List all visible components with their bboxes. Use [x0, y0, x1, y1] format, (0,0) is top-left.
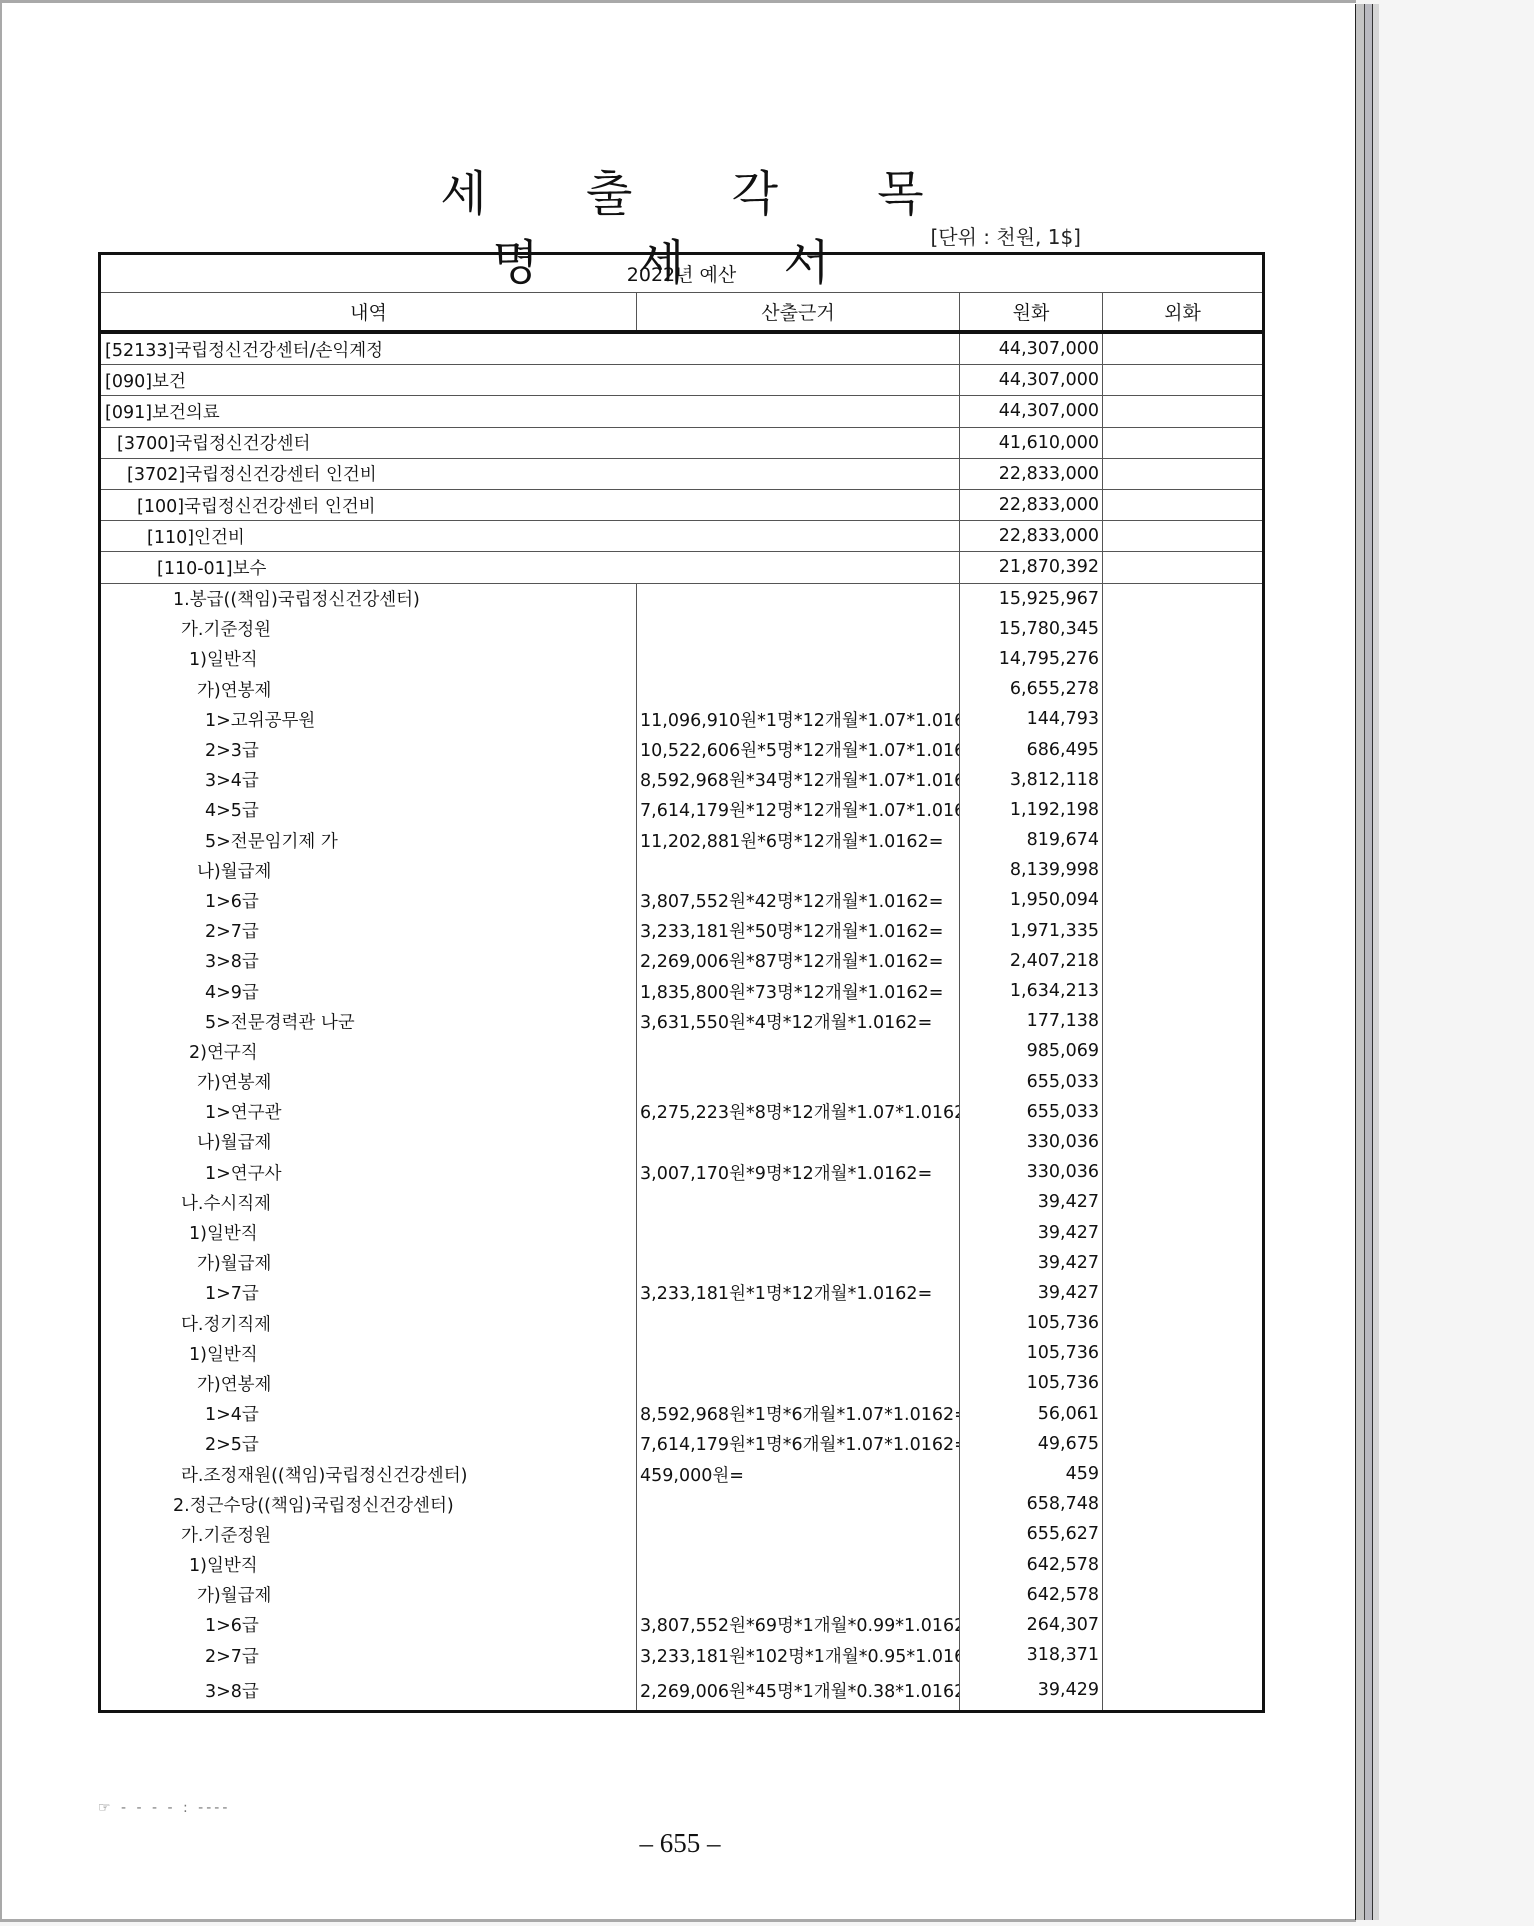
row-description: 라.조정재원((책임)국립정신건강센터) [100, 1459, 637, 1489]
row-basis: 3,233,181원*1명*12개월*1.0162= [637, 1278, 960, 1308]
table-row: 나.수시직제39,427 [100, 1187, 1264, 1217]
row-krw-amount: 642,578 [960, 1580, 1103, 1610]
row-krw-amount: 264,307 [960, 1610, 1103, 1640]
row-description: 1>연구관 [100, 1097, 637, 1127]
table-row: 1>4급8,592,968원*1명*6개월*1.07*1.0162=56,061 [100, 1399, 1264, 1429]
row-foreign-amount [1103, 704, 1264, 734]
row-basis: 1,835,800원*73명*12개월*1.0162= [637, 976, 960, 1006]
row-basis [637, 1067, 960, 1097]
row-description: 다.정기직제 [100, 1308, 637, 1338]
row-description: 1.봉급((책임)국립정신건강센터) [100, 583, 637, 614]
row-krw-amount: 44,307,000 [960, 365, 1103, 396]
row-foreign-amount [1103, 458, 1264, 489]
page-stack-edge [1372, 4, 1379, 1920]
row-foreign-amount [1103, 885, 1264, 915]
row-foreign-amount [1103, 1127, 1264, 1157]
row-foreign-amount [1103, 1067, 1264, 1097]
table-row: 3>4급8,592,968원*34명*12개월*1.07*1.0162=3,81… [100, 765, 1264, 795]
row-foreign-amount [1103, 427, 1264, 458]
row-krw-amount: 22,833,000 [960, 521, 1103, 552]
row-basis [637, 1187, 960, 1217]
row-description: 1>4급 [100, 1399, 637, 1429]
row-krw-amount: 658,748 [960, 1489, 1103, 1519]
row-krw-amount: 1,971,335 [960, 916, 1103, 946]
row-description: 가)월급제 [100, 1248, 637, 1278]
table-row: 가)연봉제6,655,278 [100, 674, 1264, 704]
row-krw-amount: 686,495 [960, 734, 1103, 764]
table-row: 2.정근수당((책임)국립정신건강센터)658,748 [100, 1489, 1264, 1519]
column-header-basis: 산출근거 [637, 293, 960, 333]
row-foreign-amount [1103, 825, 1264, 855]
row-basis: 3,233,181원*50명*12개월*1.0162= [637, 916, 960, 946]
row-krw-amount: 6,655,278 [960, 674, 1103, 704]
table-row: 1)일반직39,427 [100, 1217, 1264, 1247]
row-foreign-amount [1103, 1217, 1264, 1247]
row-description: 1>7급 [100, 1278, 637, 1308]
row-description: 1>6급 [100, 1610, 637, 1640]
row-description: 가)월급제 [100, 1580, 637, 1610]
table-row: 가)연봉제655,033 [100, 1067, 1264, 1097]
row-foreign-amount [1103, 1278, 1264, 1308]
row-description: [110]인건비 [100, 521, 960, 552]
row-description: [52133]국립정신건강센터/손익계정 [100, 332, 960, 365]
table-row: 1)일반직105,736 [100, 1338, 1264, 1368]
row-krw-amount: 39,427 [960, 1217, 1103, 1247]
row-basis: 2,269,006원*45명*1개월*0.38*1.0162= [637, 1670, 960, 1712]
row-basis [637, 1127, 960, 1157]
row-description: 3>8급 [100, 946, 637, 976]
row-foreign-amount [1103, 332, 1264, 365]
table-row: [110-01]보수21,870,392 [100, 552, 1264, 583]
table-row: 5>전문경력관 나군3,631,550원*4명*12개월*1.0162=177,… [100, 1006, 1264, 1036]
budget-table: 2022년 예산 내역 산출근거 원화 외화 [52133]국립정신건강센터/손… [98, 252, 1265, 1713]
row-basis: 3,631,550원*4명*12개월*1.0162= [637, 1006, 960, 1036]
table-row: [100]국립정신건강센터 인건비22,833,000 [100, 489, 1264, 520]
row-foreign-amount [1103, 1429, 1264, 1459]
row-basis: 2,269,006원*87명*12개월*1.0162= [637, 946, 960, 976]
row-description: 가.기준정원 [100, 614, 637, 644]
document-page: 세 출 각 목 명 세 서 [단위 : 천원, 1$] 2022년 예산 내역 … [0, 0, 1356, 1922]
row-krw-amount: 22,833,000 [960, 458, 1103, 489]
row-foreign-amount [1103, 855, 1264, 885]
row-description: [3700]국립정신건강센터 [100, 427, 960, 458]
row-krw-amount: 819,674 [960, 825, 1103, 855]
table-row: 나)월급제330,036 [100, 1127, 1264, 1157]
row-basis: 7,614,179원*12명*12개월*1.07*1.0162= [637, 795, 960, 825]
row-foreign-amount [1103, 365, 1264, 396]
row-foreign-amount [1103, 521, 1264, 552]
row-description: 가)연봉제 [100, 674, 637, 704]
row-basis [637, 1036, 960, 1066]
row-description: 2>3급 [100, 734, 637, 764]
row-krw-amount: 21,870,392 [960, 552, 1103, 583]
table-row: 1>고위공무원11,096,910원*1명*12개월*1.07*1.0162=1… [100, 704, 1264, 734]
footer-note: ☞ - - - - : ---- [98, 1800, 230, 1816]
row-description: 2)연구직 [100, 1036, 637, 1066]
table-row: 3>8급2,269,006원*45명*1개월*0.38*1.0162=39,42… [100, 1670, 1264, 1712]
row-basis: 459,000원= [637, 1459, 960, 1489]
row-krw-amount: 2,407,218 [960, 946, 1103, 976]
row-description: 2>5급 [100, 1429, 637, 1459]
row-description: [091]보건의료 [100, 396, 960, 427]
row-foreign-amount [1103, 1248, 1264, 1278]
row-description: 가.기준정원 [100, 1519, 637, 1549]
row-foreign-amount [1103, 1580, 1264, 1610]
row-krw-amount: 1,634,213 [960, 976, 1103, 1006]
row-description: 1>연구사 [100, 1157, 637, 1187]
table-row: 1>7급3,233,181원*1명*12개월*1.0162=39,427 [100, 1278, 1264, 1308]
table-row: 나)월급제8,139,998 [100, 855, 1264, 885]
row-foreign-amount [1103, 795, 1264, 825]
row-foreign-amount [1103, 1036, 1264, 1066]
row-foreign-amount [1103, 1097, 1264, 1127]
row-foreign-amount [1103, 614, 1264, 644]
row-basis [637, 1368, 960, 1398]
row-description: 2>7급 [100, 1640, 637, 1670]
row-description: [090]보건 [100, 365, 960, 396]
table-row: 가)연봉제105,736 [100, 1368, 1264, 1398]
row-description: 3>4급 [100, 765, 637, 795]
row-basis [637, 1308, 960, 1338]
row-krw-amount: 105,736 [960, 1338, 1103, 1368]
row-krw-amount: 177,138 [960, 1006, 1103, 1036]
row-basis [637, 583, 960, 614]
row-description: 5>전문경력관 나군 [100, 1006, 637, 1036]
row-basis [637, 614, 960, 644]
row-basis: 3,807,552원*69명*1개월*0.99*1.0162= [637, 1610, 960, 1640]
row-foreign-amount [1103, 1006, 1264, 1036]
row-foreign-amount [1103, 1519, 1264, 1549]
row-foreign-amount [1103, 1187, 1264, 1217]
row-description: 나)월급제 [100, 855, 637, 885]
row-basis: 11,096,910원*1명*12개월*1.07*1.0162= [637, 704, 960, 734]
row-description: 1)일반직 [100, 644, 637, 674]
row-foreign-amount [1103, 489, 1264, 520]
row-krw-amount: 44,307,000 [960, 396, 1103, 427]
row-basis: 7,614,179원*1명*6개월*1.07*1.0162= [637, 1429, 960, 1459]
row-basis: 10,522,606원*5명*12개월*1.07*1.0162= [637, 734, 960, 764]
row-basis: 3,007,170원*9명*12개월*1.0162= [637, 1157, 960, 1187]
row-description: 2.정근수당((책임)국립정신건강센터) [100, 1489, 637, 1519]
row-description: 3>8급 [100, 1670, 637, 1712]
table-row: 2>7급3,233,181원*50명*12개월*1.0162=1,971,335 [100, 916, 1264, 946]
row-krw-amount: 39,429 [960, 1670, 1103, 1712]
row-krw-amount: 1,950,094 [960, 885, 1103, 915]
table-row: [090]보건44,307,000 [100, 365, 1264, 396]
row-basis [637, 644, 960, 674]
unit-label: [단위 : 천원, 1$] [930, 221, 1081, 250]
row-krw-amount: 49,675 [960, 1429, 1103, 1459]
table-row: 3>8급2,269,006원*87명*12개월*1.0162=2,407,218 [100, 946, 1264, 976]
table-row: 1>6급3,807,552원*42명*12개월*1.0162=1,950,094 [100, 885, 1264, 915]
table-row: [52133]국립정신건강센터/손익계정44,307,000 [100, 332, 1264, 365]
row-foreign-amount [1103, 1338, 1264, 1368]
row-basis [637, 1248, 960, 1278]
table-row: 1)일반직14,795,276 [100, 644, 1264, 674]
table-row: 라.조정재원((책임)국립정신건강센터)459,000원=459 [100, 1459, 1264, 1489]
row-basis [637, 1550, 960, 1580]
table-row: 2>7급3,233,181원*102명*1개월*0.95*1.0162=318,… [100, 1640, 1264, 1670]
row-description: 1>6급 [100, 885, 637, 915]
table-body: [52133]국립정신건강센터/손익계정44,307,000[090]보건44,… [100, 332, 1264, 1712]
row-foreign-amount [1103, 1368, 1264, 1398]
table-row: 2>5급7,614,179원*1명*6개월*1.07*1.0162=49,675 [100, 1429, 1264, 1459]
table-row: [110]인건비22,833,000 [100, 521, 1264, 552]
column-header-krw: 원화 [960, 293, 1103, 333]
row-basis [637, 855, 960, 885]
table-row: 4>5급7,614,179원*12명*12개월*1.07*1.0162=1,19… [100, 795, 1264, 825]
row-description: 나)월급제 [100, 1127, 637, 1157]
table-row: 가.기준정원655,627 [100, 1519, 1264, 1549]
row-description: 가)연봉제 [100, 1368, 637, 1398]
row-krw-amount: 144,793 [960, 704, 1103, 734]
row-krw-amount: 39,427 [960, 1278, 1103, 1308]
table-row: 5>전문임기제 가11,202,881원*6명*12개월*1.0162=819,… [100, 825, 1264, 855]
row-krw-amount: 14,795,276 [960, 644, 1103, 674]
table-caption: 2022년 예산 [100, 254, 1264, 293]
table-row: [3702]국립정신건강센터 인건비22,833,000 [100, 458, 1264, 489]
row-krw-amount: 15,925,967 [960, 583, 1103, 614]
table-row: 가.기준정원15,780,345 [100, 614, 1264, 644]
table-row: 1>연구사3,007,170원*9명*12개월*1.0162=330,036 [100, 1157, 1264, 1187]
table-row: 1>6급3,807,552원*69명*1개월*0.99*1.0162=264,3… [100, 1610, 1264, 1640]
row-foreign-amount [1103, 916, 1264, 946]
row-foreign-amount [1103, 1308, 1264, 1338]
row-krw-amount: 985,069 [960, 1036, 1103, 1066]
row-foreign-amount [1103, 1459, 1264, 1489]
row-description: 4>5급 [100, 795, 637, 825]
row-foreign-amount [1103, 946, 1264, 976]
row-foreign-amount [1103, 644, 1264, 674]
row-krw-amount: 655,033 [960, 1097, 1103, 1127]
row-krw-amount: 105,736 [960, 1368, 1103, 1398]
row-krw-amount: 330,036 [960, 1127, 1103, 1157]
row-description: 1>고위공무원 [100, 704, 637, 734]
row-basis: 3,233,181원*102명*1개월*0.95*1.0162= [637, 1640, 960, 1670]
row-description: 5>전문임기제 가 [100, 825, 637, 855]
row-description: [110-01]보수 [100, 552, 960, 583]
row-basis: 8,592,968원*34명*12개월*1.07*1.0162= [637, 765, 960, 795]
row-foreign-amount [1103, 552, 1264, 583]
table-row: 다.정기직제105,736 [100, 1308, 1264, 1338]
row-basis [637, 1217, 960, 1247]
row-foreign-amount [1103, 734, 1264, 764]
row-krw-amount: 8,139,998 [960, 855, 1103, 885]
row-basis: 6,275,223원*8명*12개월*1.07*1.0162= [637, 1097, 960, 1127]
row-krw-amount: 15,780,345 [960, 614, 1103, 644]
row-krw-amount: 56,061 [960, 1399, 1103, 1429]
row-description: 1)일반직 [100, 1550, 637, 1580]
row-basis: 8,592,968원*1명*6개월*1.07*1.0162= [637, 1399, 960, 1429]
row-basis [637, 1580, 960, 1610]
row-foreign-amount [1103, 583, 1264, 614]
table-row: 4>9급1,835,800원*73명*12개월*1.0162=1,634,213 [100, 976, 1264, 1006]
row-description: 4>9급 [100, 976, 637, 1006]
row-foreign-amount [1103, 1550, 1264, 1580]
row-krw-amount: 655,033 [960, 1067, 1103, 1097]
table-row: [3700]국립정신건강센터41,610,000 [100, 427, 1264, 458]
row-basis: 3,807,552원*42명*12개월*1.0162= [637, 885, 960, 915]
row-krw-amount: 655,627 [960, 1519, 1103, 1549]
table-row: 2)연구직985,069 [100, 1036, 1264, 1066]
row-krw-amount: 105,736 [960, 1308, 1103, 1338]
row-foreign-amount [1103, 1640, 1264, 1670]
row-basis [637, 674, 960, 704]
row-description: 1)일반직 [100, 1217, 637, 1247]
table-row: 1>연구관6,275,223원*8명*12개월*1.07*1.0162=655,… [100, 1097, 1264, 1127]
row-foreign-amount [1103, 1157, 1264, 1187]
row-foreign-amount [1103, 396, 1264, 427]
row-krw-amount: 44,307,000 [960, 332, 1103, 365]
row-description: 1)일반직 [100, 1338, 637, 1368]
row-krw-amount: 459 [960, 1459, 1103, 1489]
row-krw-amount: 39,427 [960, 1187, 1103, 1217]
row-basis: 11,202,881원*6명*12개월*1.0162= [637, 825, 960, 855]
row-description: 나.수시직제 [100, 1187, 637, 1217]
row-foreign-amount [1103, 1489, 1264, 1519]
table-row: 2>3급10,522,606원*5명*12개월*1.07*1.0162=686,… [100, 734, 1264, 764]
row-krw-amount: 39,427 [960, 1248, 1103, 1278]
row-krw-amount: 3,812,118 [960, 765, 1103, 795]
row-krw-amount: 330,036 [960, 1157, 1103, 1187]
row-foreign-amount [1103, 674, 1264, 704]
row-basis [637, 1489, 960, 1519]
row-krw-amount: 642,578 [960, 1550, 1103, 1580]
row-foreign-amount [1103, 1610, 1264, 1640]
row-description: [100]국립정신건강센터 인건비 [100, 489, 960, 520]
row-krw-amount: 1,192,198 [960, 795, 1103, 825]
column-header-foreign: 외화 [1103, 293, 1264, 333]
column-header-description: 내역 [100, 293, 637, 333]
row-basis [637, 1519, 960, 1549]
row-foreign-amount [1103, 765, 1264, 795]
table-row: 1)일반직642,578 [100, 1550, 1264, 1580]
table-row: 가)월급제39,427 [100, 1248, 1264, 1278]
table-row: 1.봉급((책임)국립정신건강센터)15,925,967 [100, 583, 1264, 614]
row-krw-amount: 41,610,000 [960, 427, 1103, 458]
row-foreign-amount [1103, 976, 1264, 1006]
table-row: [091]보건의료44,307,000 [100, 396, 1264, 427]
table-row: 가)월급제642,578 [100, 1580, 1264, 1610]
row-foreign-amount [1103, 1670, 1264, 1712]
row-description: 가)연봉제 [100, 1067, 637, 1097]
row-description: 2>7급 [100, 916, 637, 946]
page-number: – 655 – [580, 1828, 780, 1859]
row-basis [637, 1338, 960, 1368]
row-krw-amount: 22,833,000 [960, 489, 1103, 520]
row-foreign-amount [1103, 1399, 1264, 1429]
row-krw-amount: 318,371 [960, 1640, 1103, 1670]
row-description: [3702]국립정신건강센터 인건비 [100, 458, 960, 489]
